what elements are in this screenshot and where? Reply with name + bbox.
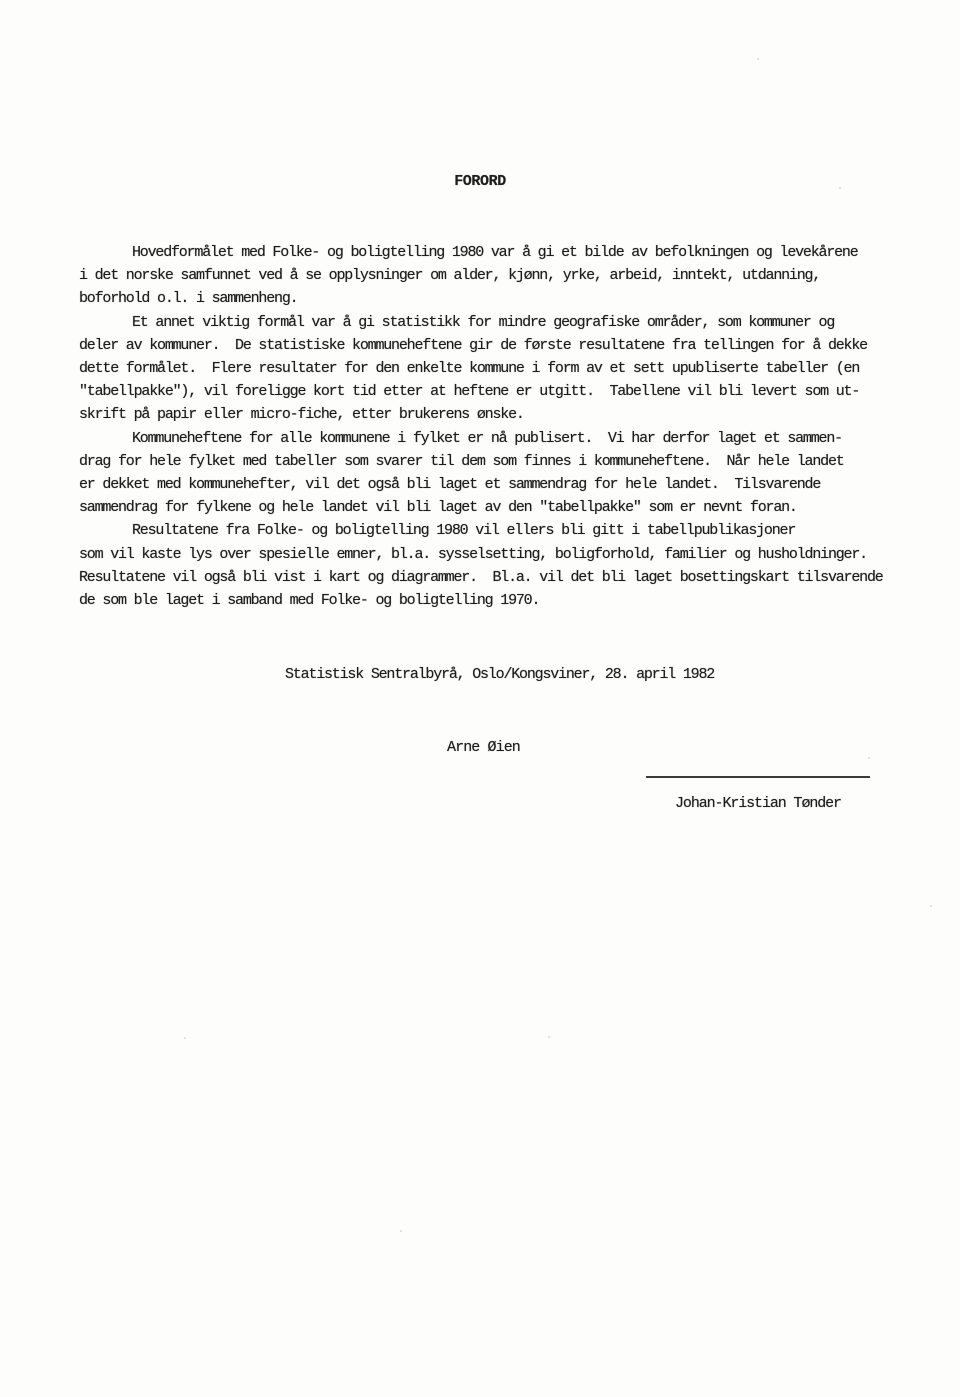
scan-speck xyxy=(930,905,932,907)
scan-speck xyxy=(868,757,870,759)
document-body: Hovedformålet med Folke- og boligtelling… xyxy=(79,241,889,612)
paragraph: Et annet viktig formål var å gi statisti… xyxy=(79,311,889,427)
text-line: Resultatene vil også bli vist i kart og … xyxy=(79,566,889,589)
paragraph: Hovedformålet med Folke- og boligtelling… xyxy=(79,241,889,311)
signature-name-left: Arne Øien xyxy=(447,739,520,757)
text-line: dette formålet. Flere resultater for den… xyxy=(79,357,889,380)
text-line: sammendrag for fylkene og hele landet vi… xyxy=(79,496,889,519)
scan-speck xyxy=(172,438,174,440)
scan-speck xyxy=(548,1036,550,1038)
text-line: skrift på papir eller micro-fiche, etter… xyxy=(79,403,889,426)
page-title: FORORD xyxy=(0,173,960,190)
text-line: drag for hele fylket med tabeller som sv… xyxy=(79,450,889,473)
dateline: Statistisk Sentralbyrå, Oslo/Kongsviner,… xyxy=(285,665,714,685)
text-line: de som ble laget i samband med Folke- og… xyxy=(79,589,889,612)
text-line: Et annet viktig formål var å gi statisti… xyxy=(79,311,889,334)
text-line: Kommuneheftene for alle kommunene i fylk… xyxy=(79,427,889,450)
text-line: Hovedformålet med Folke- og boligtelling… xyxy=(79,241,889,264)
scan-speck xyxy=(757,58,759,60)
signature-name-right: Johan-Kristian Tønder xyxy=(646,795,870,813)
paragraph: Resultatene fra Folke- og boligtelling 1… xyxy=(79,519,889,612)
text-line: Resultatene fra Folke- og boligtelling 1… xyxy=(79,519,889,542)
scanned-document-page: FORORD Hovedformålet med Folke- og bolig… xyxy=(0,0,960,1397)
text-line: som vil kaste lys over spesielle emner, … xyxy=(79,543,889,566)
text-line: i det norske samfunnet ved å se opplysni… xyxy=(79,264,889,287)
text-line: deler av kommuner. De statistiske kommun… xyxy=(79,334,889,357)
text-line: er dekket med kommunehefter, vil det ogs… xyxy=(79,473,889,496)
signature-line xyxy=(646,776,870,778)
scan-speck xyxy=(839,187,841,189)
text-line: boforhold o.l. i sammenheng. xyxy=(79,287,889,310)
text-line: "tabellpakke"), vil foreligge kort tid e… xyxy=(79,380,889,403)
paragraph: Kommuneheftene for alle kommunene i fylk… xyxy=(79,427,889,520)
scan-speck xyxy=(184,1037,186,1039)
scan-speck xyxy=(400,1230,402,1232)
